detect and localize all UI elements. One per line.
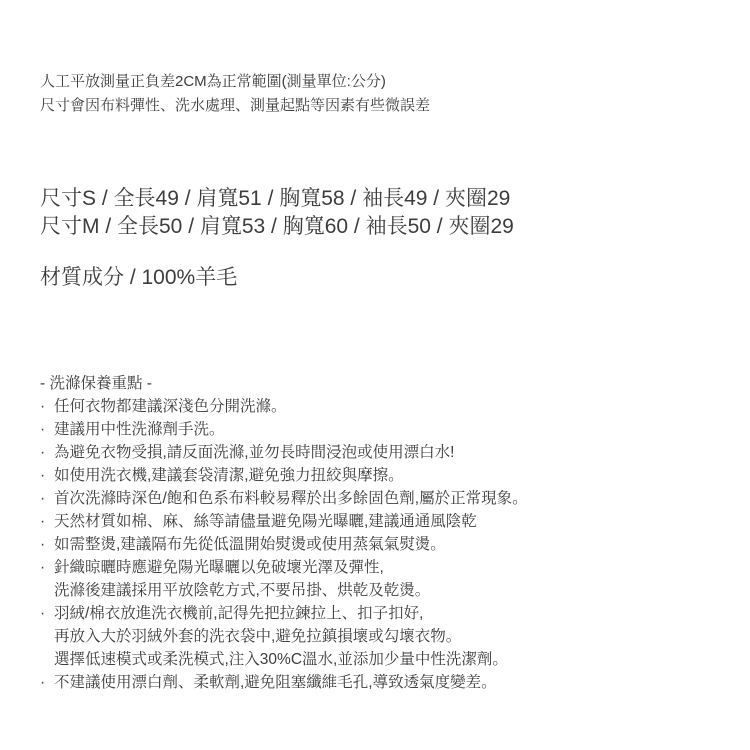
bullet-dot: · xyxy=(40,418,54,441)
care-item: ·天然材質如棉、麻、絲等請儘量避免陽光曝曬,建議通通風陰乾 xyxy=(40,510,528,533)
care-item-text: 選擇低速模式或柔洗模式,注入30%C溫水,並添加少量中性洗潔劑。 xyxy=(54,651,508,668)
material-composition: 材質成分 / 100%羊毛 xyxy=(40,264,237,292)
care-item-text: 如需整燙,建議隔布先從低溫開始熨燙或使用蒸氣氣熨燙。 xyxy=(54,536,446,553)
product-description-page: 人工平放測量正負差2CM為正常範圍(測量單位:公分) 尺寸會因布料彈性、洗水處理… xyxy=(0,0,750,750)
bullet-dot: · xyxy=(40,487,54,510)
care-item-text: 任何衣物都建議深淺色分開洗滌。 xyxy=(54,398,287,415)
care-item-continuation: 選擇低速模式或柔洗模式,注入30%C溫水,並添加少量中性洗潔劑。 xyxy=(40,648,528,671)
bullet-dot: · xyxy=(40,671,54,694)
care-item-continuation: 洗滌後建議採用平放陰乾方式,不要吊掛、烘乾及乾燙。 xyxy=(40,579,528,602)
care-item-text: 建議用中性洗滌劑手洗。 xyxy=(54,421,225,438)
care-item-text: 羽絨/棉衣放進洗衣機前,記得先把拉鍊拉上、扣子扣好, xyxy=(54,605,423,622)
care-item: ·建議用中性洗滌劑手洗。 xyxy=(40,418,528,441)
measurement-note-line2: 尺寸會因布料彈性、洗水處理、測量起點等因素有些微誤差 xyxy=(40,94,430,118)
care-item: ·任何衣物都建議深淺色分開洗滌。 xyxy=(40,395,528,418)
care-section: - 洗滌保養重點 - ·任何衣物都建議深淺色分開洗滌。 ·建議用中性洗滌劑手洗。… xyxy=(40,372,528,694)
bullet-dot: · xyxy=(40,533,54,556)
measurement-note: 人工平放測量正負差2CM為正常範圍(測量單位:公分) 尺寸會因布料彈性、洗水處理… xyxy=(40,70,430,118)
size-m-row: 尺寸M / 全長50 / 肩寬53 / 胸寬60 / 袖長50 / 夾圈29 xyxy=(40,213,514,241)
care-item: ·首次洗滌時深色/飽和色系布料較易釋於出多餘固色劑,屬於正常現象。 xyxy=(40,487,528,510)
size-spec: 尺寸S / 全長49 / 肩寬51 / 胸寬58 / 袖長49 / 夾圈29 尺… xyxy=(40,185,514,241)
care-item-continuation: 再放入大於羽絨外套的洗衣袋中,避免拉鎮損壞或勾壞衣物。 xyxy=(40,625,528,648)
care-item-text: 為避免衣物受損,請反面洗滌,並勿長時間浸泡或使用漂白水! xyxy=(54,444,454,461)
care-item: ·羽絨/棉衣放進洗衣機前,記得先把拉鍊拉上、扣子扣好, xyxy=(40,602,528,625)
care-item-text: 天然材質如棉、麻、絲等請儘量避免陽光曝曬,建議通通風陰乾 xyxy=(54,513,477,530)
care-item-text: 針織晾曬時應避免陽光曝曬以免破壞光澤及彈性, xyxy=(54,559,384,576)
bullet-dot: · xyxy=(40,441,54,464)
measurement-note-line1: 人工平放測量正負差2CM為正常範圍(測量單位:公分) xyxy=(40,70,430,94)
care-item: ·如需整燙,建議隔布先從低溫開始熨燙或使用蒸氣氣熨燙。 xyxy=(40,533,528,556)
bullet-dot: · xyxy=(40,510,54,533)
bullet-dot: · xyxy=(40,464,54,487)
care-item: ·不建議使用漂白劑、柔軟劑,避免阻塞纖維毛孔,導致透氣度變差。 xyxy=(40,671,528,694)
care-item-text: 如使用洗衣機,建議套袋清潔,避免強力扭絞與摩擦。 xyxy=(54,467,404,484)
care-item: ·為避免衣物受損,請反面洗滌,並勿長時間浸泡或使用漂白水! xyxy=(40,441,528,464)
care-item-text: 再放入大於羽絨外套的洗衣袋中,避免拉鎮損壞或勾壞衣物。 xyxy=(54,628,461,645)
bullet-dot: · xyxy=(40,395,54,418)
care-item-text: 洗滌後建議採用平放陰乾方式,不要吊掛、烘乾及乾燙。 xyxy=(54,582,430,599)
care-item-text: 首次洗滌時深色/飽和色系布料較易釋於出多餘固色劑,屬於正常現象。 xyxy=(54,490,528,507)
bullet-dot: · xyxy=(40,556,54,579)
care-item: ·如使用洗衣機,建議套袋清潔,避免強力扭絞與摩擦。 xyxy=(40,464,528,487)
size-s-row: 尺寸S / 全長49 / 肩寬51 / 胸寬58 / 袖長49 / 夾圈29 xyxy=(40,185,514,213)
care-item-text: 不建議使用漂白劑、柔軟劑,避免阻塞纖維毛孔,導致透氣度變差。 xyxy=(54,674,497,691)
care-item: ·針織晾曬時應避免陽光曝曬以免破壞光澤及彈性, xyxy=(40,556,528,579)
bullet-dot: · xyxy=(40,602,54,625)
care-section-title: - 洗滌保養重點 - xyxy=(40,372,528,395)
